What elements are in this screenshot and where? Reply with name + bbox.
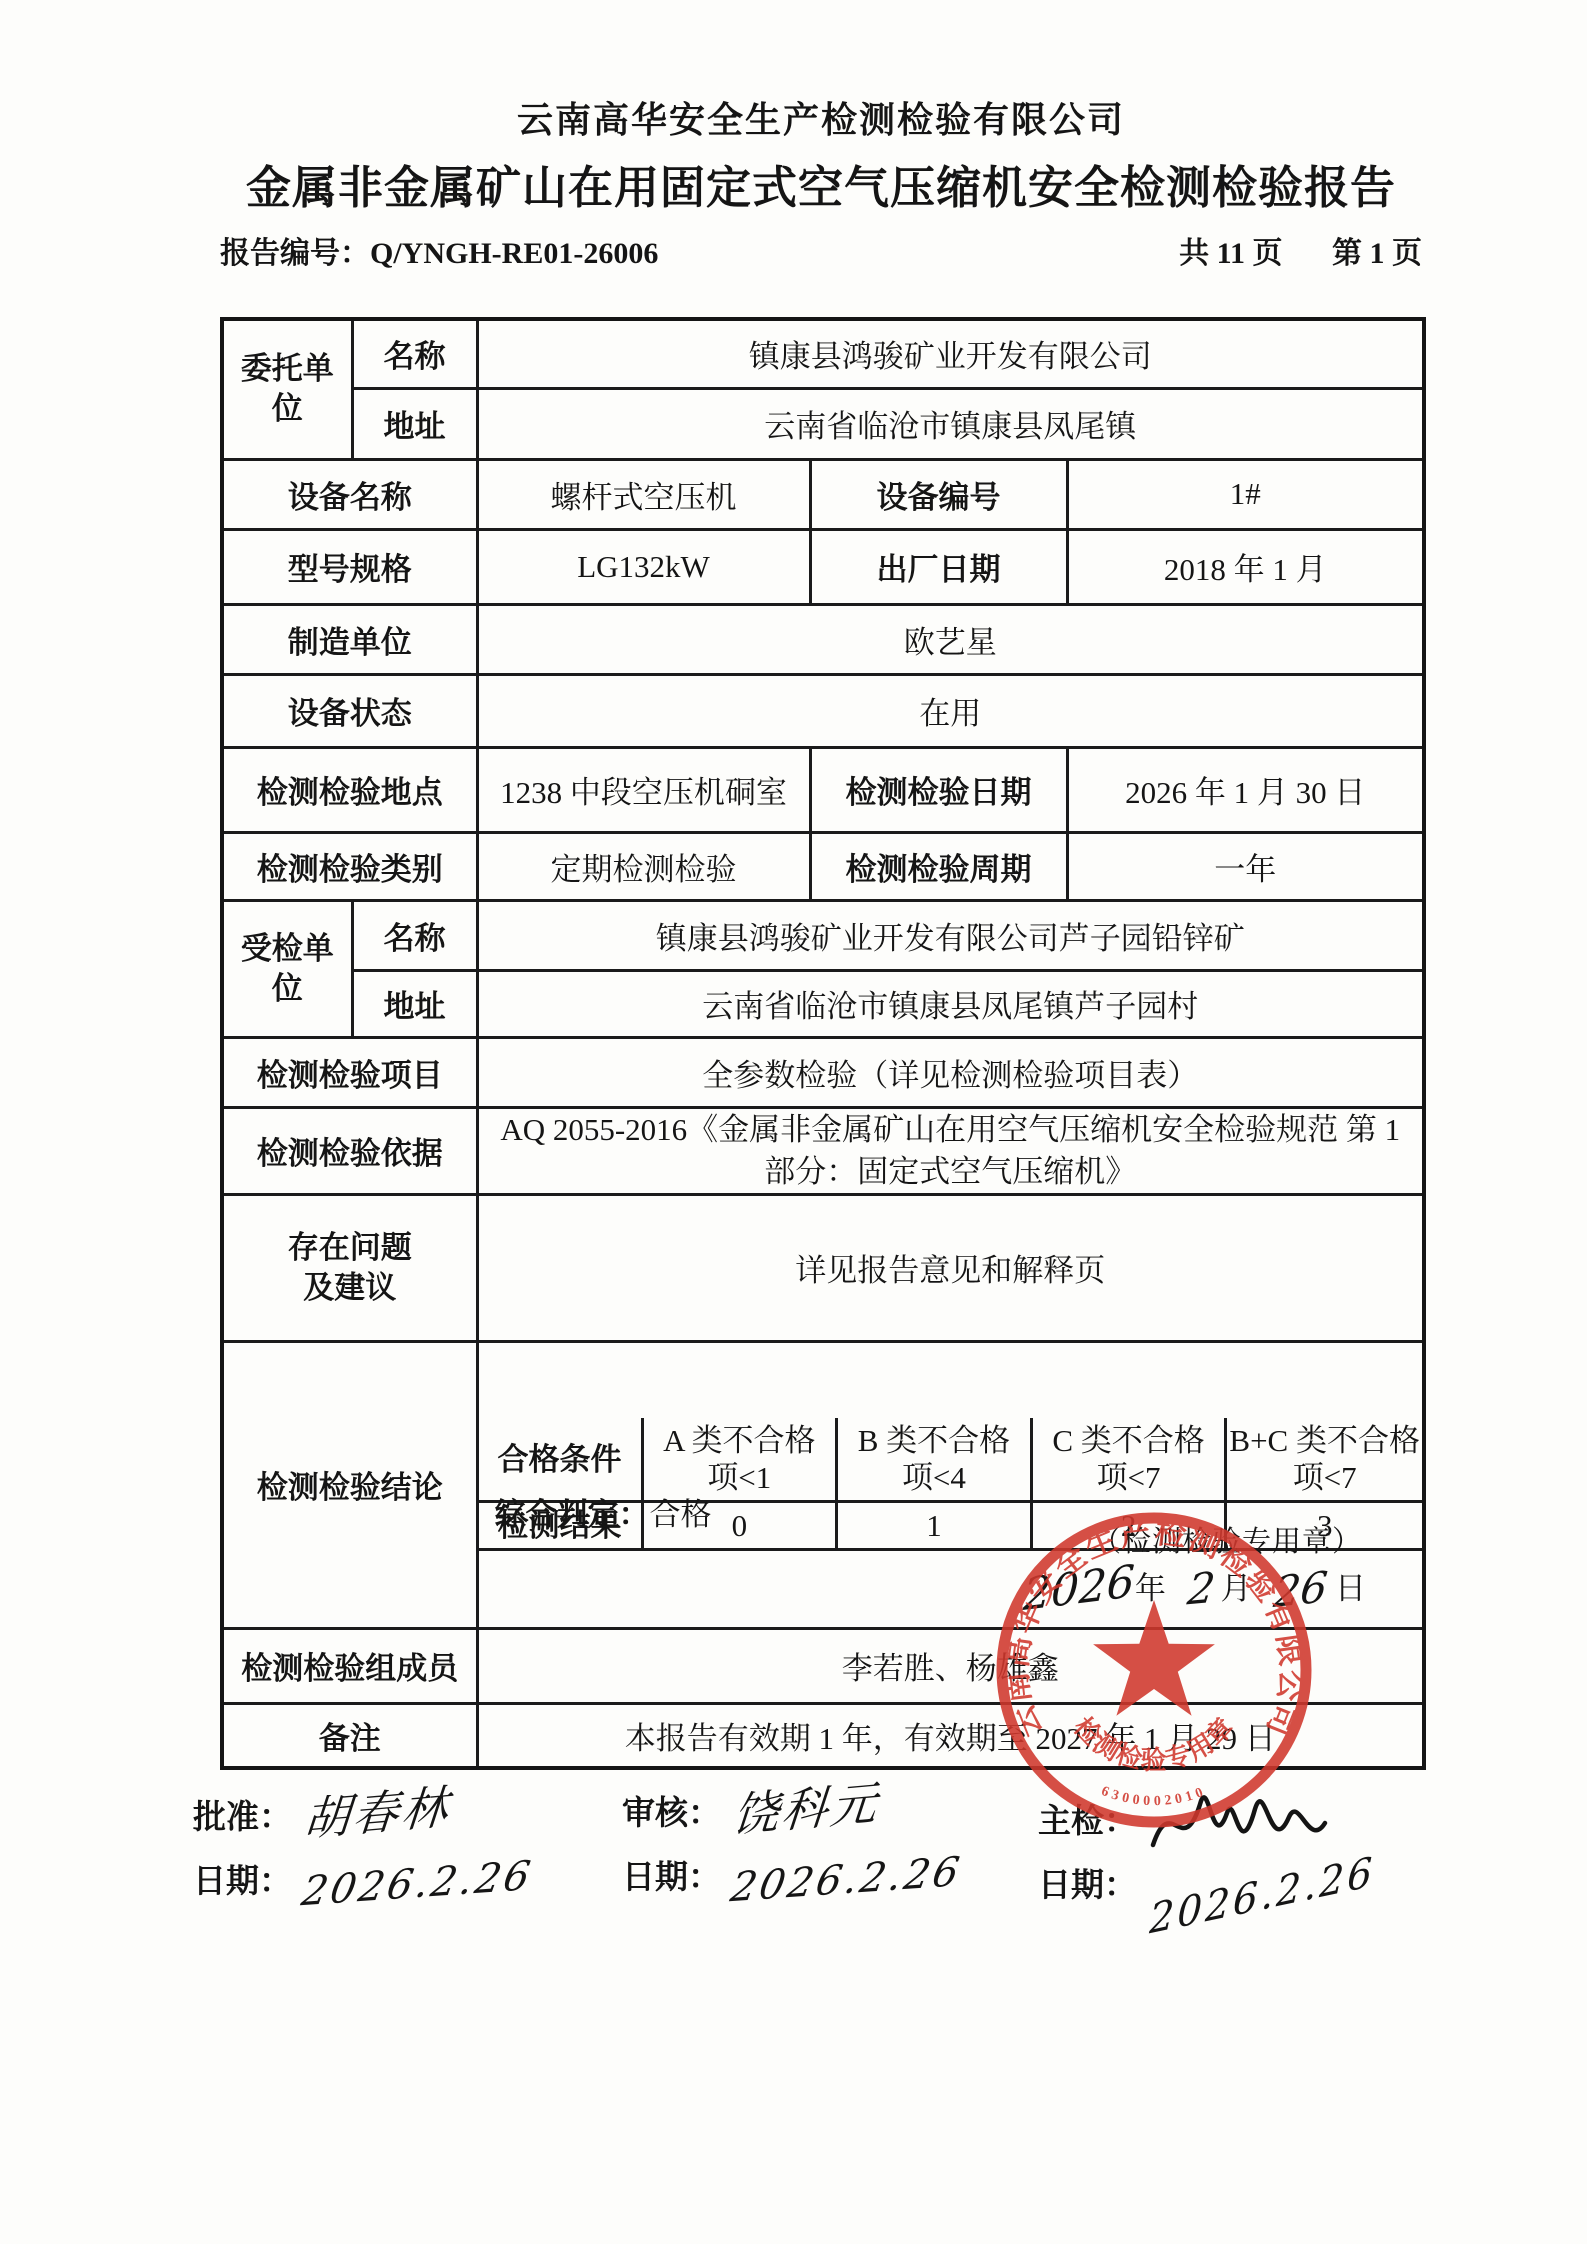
seal-code-text: 6300002010: [1099, 1784, 1209, 1809]
approve-label: 批准：: [193, 1791, 292, 1838]
approve-date-label: 日期：: [193, 1855, 292, 1902]
day-char: 日: [1335, 1571, 1366, 1606]
report-title: 金属非金属矿山在用固定式空气压缩机安全检测检验报告: [220, 151, 1422, 216]
inspect-place-label: 检测检验地点: [222, 747, 477, 832]
status-value: 在用: [477, 674, 1424, 747]
basis-value: AQ 2055-2016《金属非金属矿山在用空气压缩机安全检验规范 第 1 部分…: [477, 1107, 1424, 1194]
table-row: 检测检验项目 全参数检验（详见检测检验项目表）: [222, 1037, 1424, 1107]
inspect-type-value: 定期检测检验: [477, 832, 810, 900]
items-value: 全参数检验（详见检测检验项目表）: [477, 1037, 1424, 1107]
inspected-group-label: 受检单位: [222, 900, 352, 1037]
inspect-cycle-label: 检测检验周期: [810, 832, 1067, 900]
inspected-name-value: 镇康县鸿骏矿业开发有限公司芦子园铅锌矿: [477, 900, 1424, 970]
page-indicator: 共 11 页 第 1 页: [1137, 228, 1422, 272]
report-page: 云南高华安全生产检测检验有限公司 金属非金属矿山在用固定式空气压缩机安全检测检验…: [0, 0, 1587, 2244]
review-signature-block: 审核： 饶科元 日期： 2026.2.26: [622, 1778, 962, 1906]
svg-text:6300002010: 6300002010: [1099, 1784, 1209, 1809]
remark-label: 备注: [222, 1703, 477, 1768]
review-date-handwritten: 2026.2.26: [727, 1849, 965, 1912]
table-row: 检测检验类别 定期检测检验 检测检验周期 一年: [222, 832, 1424, 900]
table-row: 地址 云南省临沧市镇康县凤尾镇芦子园村: [222, 970, 1424, 1037]
table-row: 委托单位 名称 镇康县鸿骏矿业开发有限公司: [222, 319, 1424, 388]
device-date-value: 2018 年 1 月: [1067, 529, 1424, 604]
page-current: 第 1 页: [1332, 237, 1422, 270]
device-no-label: 设备编号: [810, 459, 1067, 529]
verdict-line: 综合判定：合格: [495, 1489, 712, 1534]
company-title: 云南高华安全生产检测检验有限公司: [220, 92, 1422, 143]
client-name-value: 镇康县鸿骏矿业开发有限公司: [477, 319, 1424, 388]
criteria-c: C 类不合格 项<7: [1033, 1418, 1228, 1503]
client-name-label: 名称: [352, 319, 477, 388]
chief-date-label: 日期：: [1038, 1859, 1137, 1906]
review-label: 审核：: [622, 1787, 721, 1834]
verdict-label: 综合判定：: [495, 1497, 650, 1532]
device-model-label: 型号规格: [222, 529, 477, 604]
approve-signature-block: 批准： 胡春林 日期： 2026.2.26: [193, 1782, 533, 1910]
maker-value: 欧艺星: [477, 604, 1424, 674]
svg-text:检测检验专用章: 检测检验专用章: [1068, 1711, 1240, 1775]
problems-value: 详见报告意见和解释页: [477, 1194, 1424, 1341]
problems-label: 存在问题 及建议: [222, 1194, 477, 1341]
inspect-cycle-value: 一年: [1067, 832, 1424, 900]
pages-total: 共 11 页: [1179, 237, 1282, 270]
verdict-value: 合格: [650, 1497, 712, 1532]
report-number-label: 报告编号：: [220, 237, 370, 270]
table-row: 检测检验依据 AQ 2055-2016《金属非金属矿山在用空气压缩机安全检验规范…: [222, 1107, 1424, 1194]
table-row: 制造单位 欧艺星: [222, 604, 1424, 674]
seal-star-icon: [1093, 1600, 1215, 1716]
review-date-label: 日期：: [622, 1851, 721, 1898]
client-group-label: 委托单位: [222, 319, 352, 459]
maker-label: 制造单位: [222, 604, 477, 674]
approve-date-line: 日期： 2026.2.26: [193, 1846, 533, 1910]
team-label: 检测检验组成员: [222, 1628, 477, 1703]
inspected-name-label: 名称: [352, 900, 477, 970]
review-signature: 饶科元: [730, 1766, 882, 1846]
conclusion-label: 检测检验结论: [222, 1341, 477, 1628]
device-model-value: LG132kW: [477, 529, 810, 604]
report-number-value: Q/YNGH-RE01-26006: [370, 237, 658, 270]
company-seal-stamp: 云南高华安全生产检测检验有限公司 检测检验专用章 6300002010: [980, 1496, 1328, 1844]
table-row: 受检单位 名称 镇康县鸿骏矿业开发有限公司芦子园铅锌矿: [222, 900, 1424, 970]
table-row: 设备状态 在用: [222, 674, 1424, 747]
table-row: 设备名称 螺杆式空压机 设备编号 1#: [222, 459, 1424, 529]
items-label: 检测检验项目: [222, 1037, 477, 1107]
basis-label: 检测检验依据: [222, 1107, 477, 1194]
inspected-addr-value: 云南省临沧市镇康县凤尾镇芦子园村: [477, 970, 1424, 1037]
review-date-line: 日期： 2026.2.26: [622, 1842, 962, 1906]
approve-line: 批准： 胡春林: [193, 1782, 533, 1846]
inspect-date-label: 检测检验日期: [810, 747, 1067, 832]
inspect-place-value: 1238 中段空压机硐室: [477, 747, 810, 832]
table-row: 检测检验地点 1238 中段空压机硐室 检测检验日期 2026 年 1 月 30…: [222, 747, 1424, 832]
criteria-b: B 类不合格 项<4: [838, 1418, 1033, 1503]
report-number: 报告编号：Q/YNGH-RE01-26006: [220, 228, 658, 272]
seal-bottom-arc-text: 检测检验专用章: [1068, 1711, 1240, 1775]
device-date-label: 出厂日期: [810, 529, 1067, 604]
client-addr-label: 地址: [352, 388, 477, 459]
inspect-type-label: 检测检验类别: [222, 832, 477, 900]
device-name-label: 设备名称: [222, 459, 477, 529]
inspected-addr-label: 地址: [352, 970, 477, 1037]
device-no-value: 1#: [1067, 459, 1424, 529]
status-label: 设备状态: [222, 674, 477, 747]
table-row: 存在问题 及建议 详见报告意见和解释页: [222, 1194, 1424, 1341]
report-header: 云南高华安全生产检测检验有限公司 金属非金属矿山在用固定式空气压缩机安全检测检验…: [220, 92, 1422, 272]
approve-signature: 胡春林: [301, 1770, 453, 1850]
table-row: 型号规格 LG132kW 出厂日期 2018 年 1 月: [222, 529, 1424, 604]
device-name-value: 螺杆式空压机: [477, 459, 810, 529]
approve-date-handwritten: 2026.2.26: [298, 1853, 536, 1916]
criteria-bc: B+C 类不合格 项<7: [1227, 1418, 1422, 1503]
inspect-date-value: 2026 年 1 月 30 日: [1067, 747, 1424, 832]
table-row: 地址 云南省临沧市镇康县凤尾镇: [222, 388, 1424, 459]
client-addr-value: 云南省临沧市镇康县凤尾镇: [477, 388, 1424, 459]
review-line: 审核： 饶科元: [622, 1778, 962, 1842]
report-meta: 报告编号：Q/YNGH-RE01-26006 共 11 页 第 1 页: [220, 228, 1422, 272]
